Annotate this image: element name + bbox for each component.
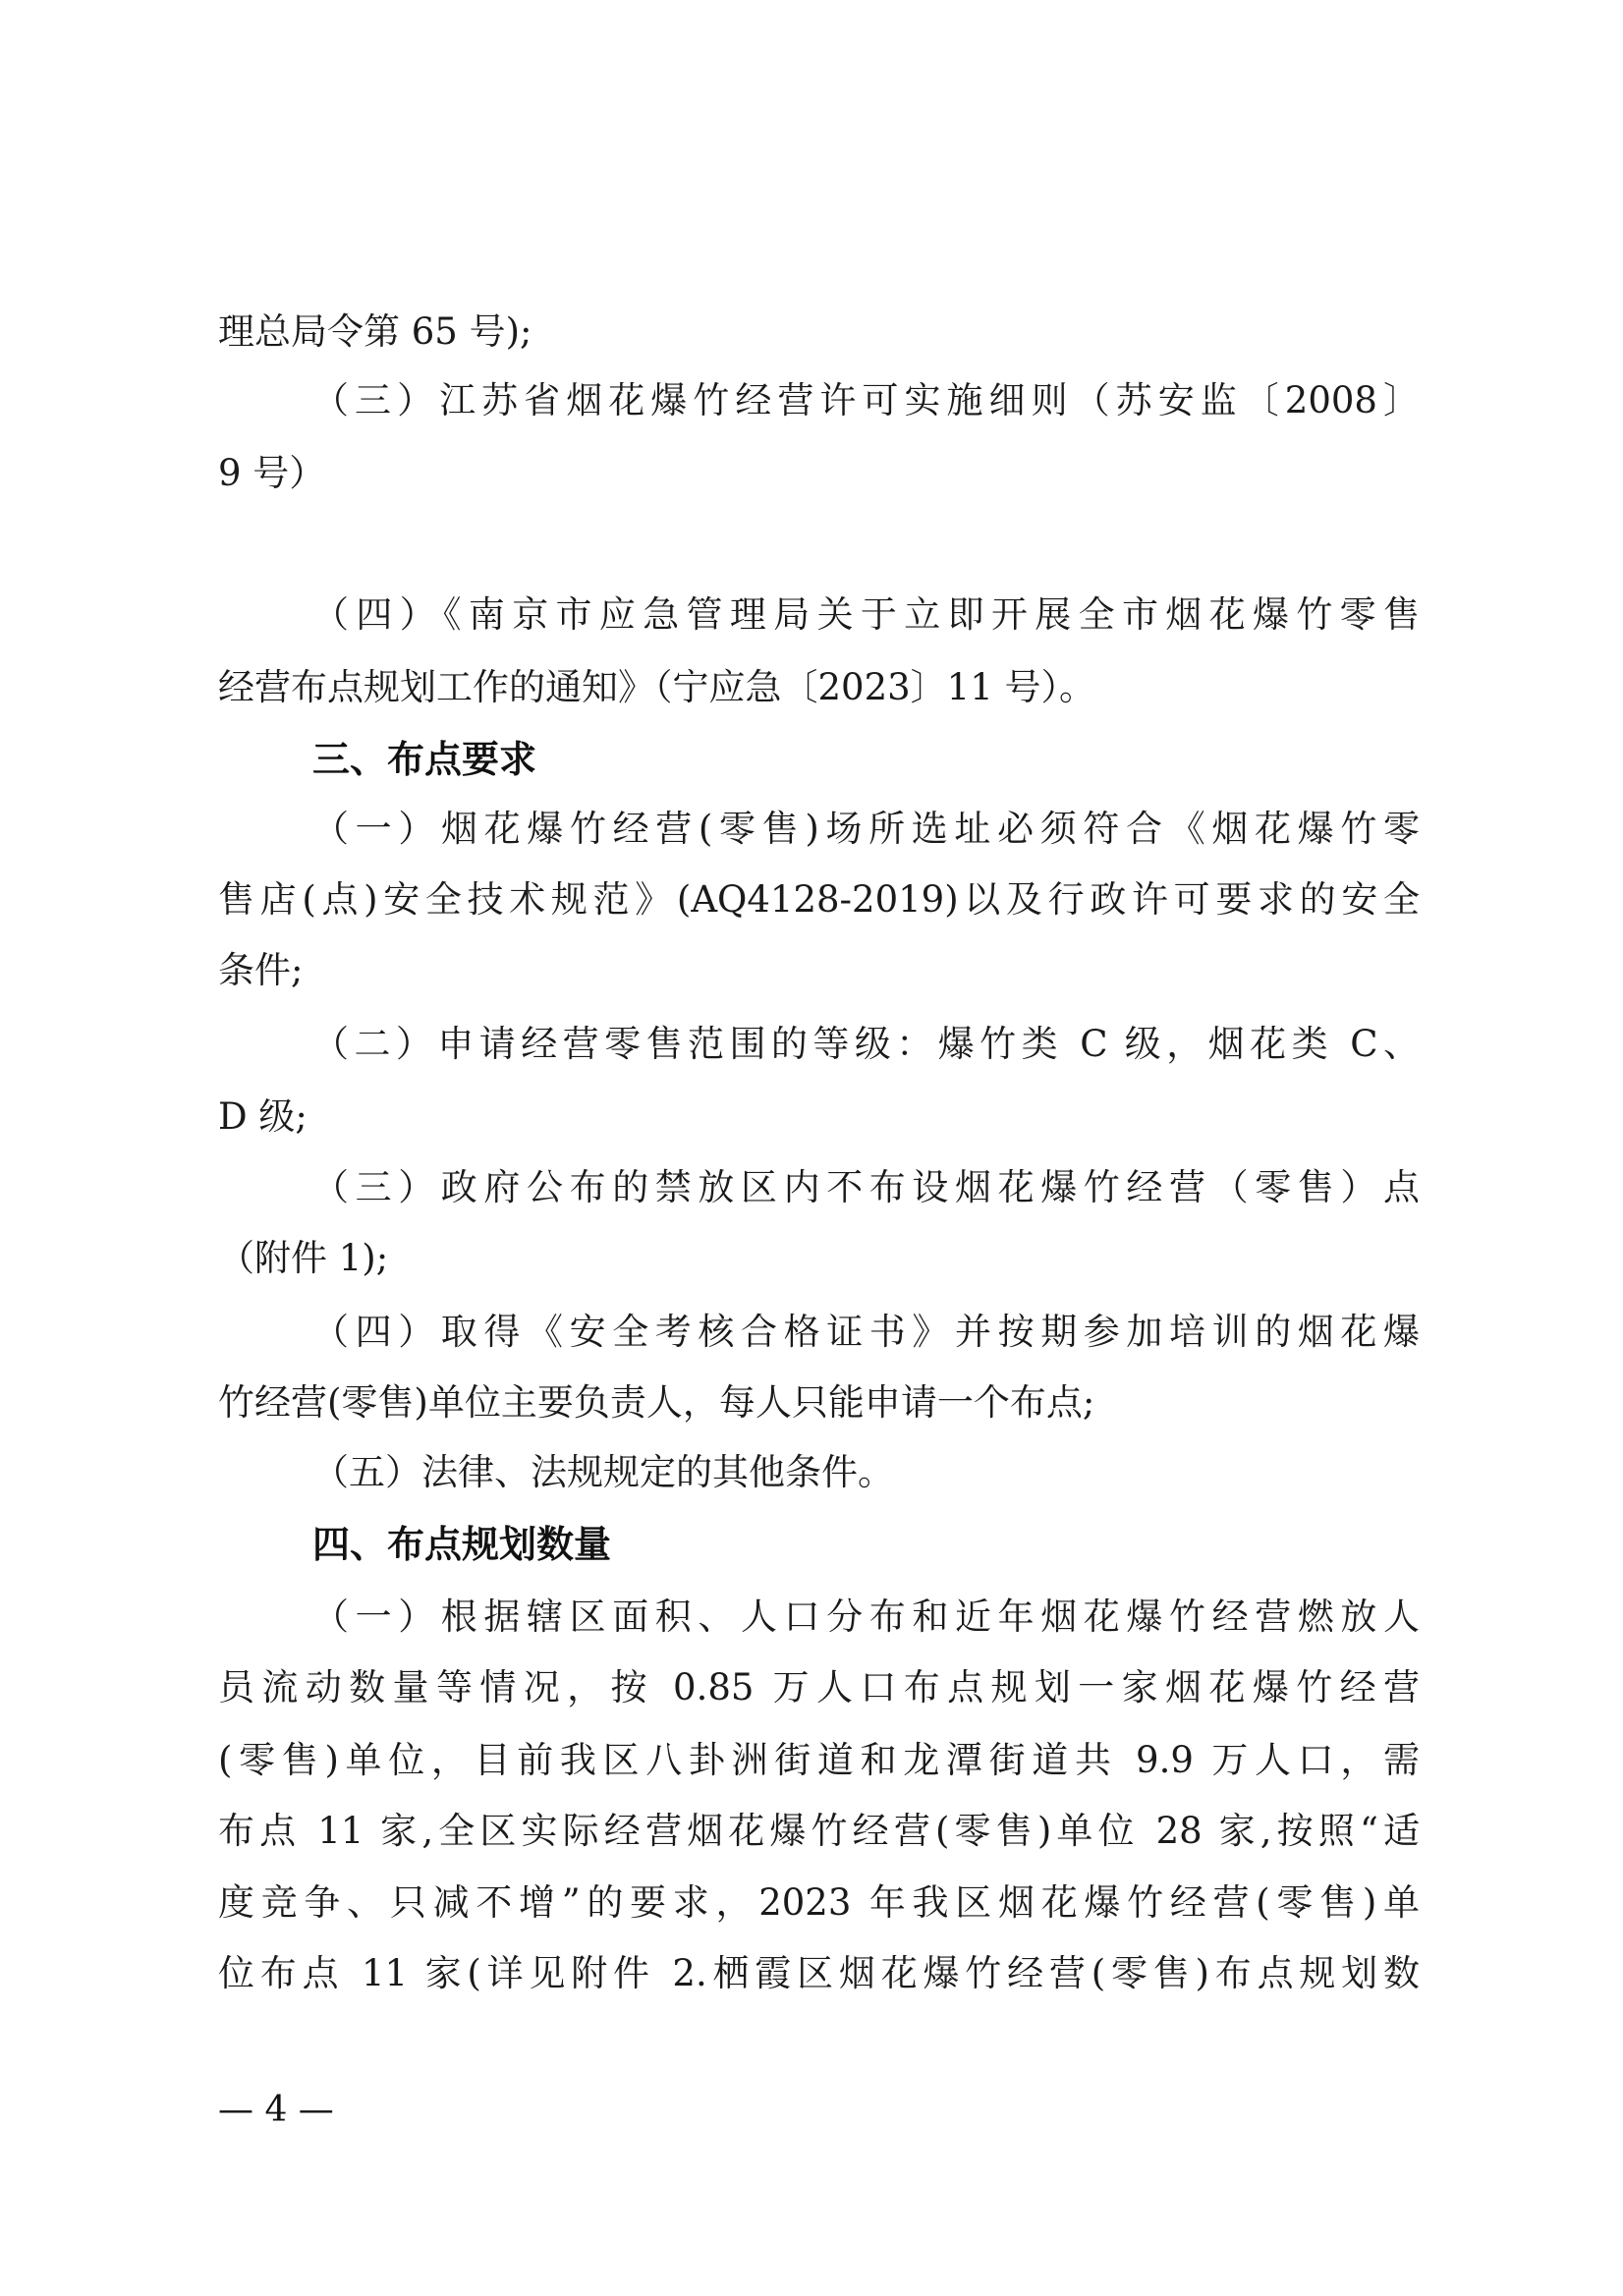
body-line: 员流动数量等情况，按 0.85 万人口布点规划一家烟花爆竹经营 xyxy=(218,1658,1420,1717)
body-line: 度竞争、只减不增”的要求，2023 年我区烟花爆竹经营(零售)单 xyxy=(218,1874,1420,1932)
body-line: 位布点 11 家(详见附件 2.栖霞区烟花爆竹经营(零售)布点规划数 xyxy=(218,1944,1420,2003)
body-line: （一）烟花爆竹经营(零售)场所选址必须符合《烟花爆竹零 xyxy=(312,800,1420,859)
body-line: 理总局令第 65 号); xyxy=(218,303,1420,362)
body-line: 竹经营(零售)单位主要负责人，每人只能申请一个布点; xyxy=(218,1373,1420,1432)
body-line: D 级; xyxy=(218,1088,1420,1147)
body-line: （五）法律、法规规定的其他条件。 xyxy=(312,1443,1420,1502)
body-line: （二）申请经营零售范围的等级：爆竹类 C 级，烟花类 C、 xyxy=(312,1015,1420,1074)
body-line: （四）取得《安全考核合格证书》并按期参加培训的烟花爆 xyxy=(312,1303,1420,1362)
section-heading-quantity: 四、布点规划数量 xyxy=(312,1515,611,1574)
body-line: 9 号） xyxy=(218,444,1420,503)
body-line: 条件; xyxy=(218,941,1420,1000)
body-line: 售店(点)安全技术规范》(AQ4128-2019)以及行政许可要求的安全 xyxy=(218,870,1420,929)
body-line: （三）政府公布的禁放区内不布设烟花爆竹经营（零售）点 xyxy=(312,1158,1420,1217)
body-line: （四）《南京市应急管理局关于立即开展全市烟花爆竹零售 xyxy=(312,586,1420,644)
section-heading-requirements: 三、布点要求 xyxy=(312,730,536,789)
body-line: 布点 11 家,全区实际经营烟花爆竹经营(零售)单位 28 家,按照“适 xyxy=(218,1802,1420,1861)
body-line: （一）根据辖区面积、人口分布和近年烟花爆竹经营燃放人 xyxy=(312,1588,1420,1647)
page-number: — 4 — xyxy=(218,2086,334,2135)
body-line: （三）江苏省烟花爆竹经营许可实施细则（苏安监〔2008〕 xyxy=(312,371,1420,430)
body-line: 经营布点规划工作的通知》（宁应急〔2023〕11 号）。 xyxy=(218,658,1420,717)
body-line: （附件 1); xyxy=(218,1229,1420,1288)
body-line: (零售)单位，目前我区八卦洲街道和龙潭街道共 9.9 万人口，需 xyxy=(218,1731,1420,1790)
